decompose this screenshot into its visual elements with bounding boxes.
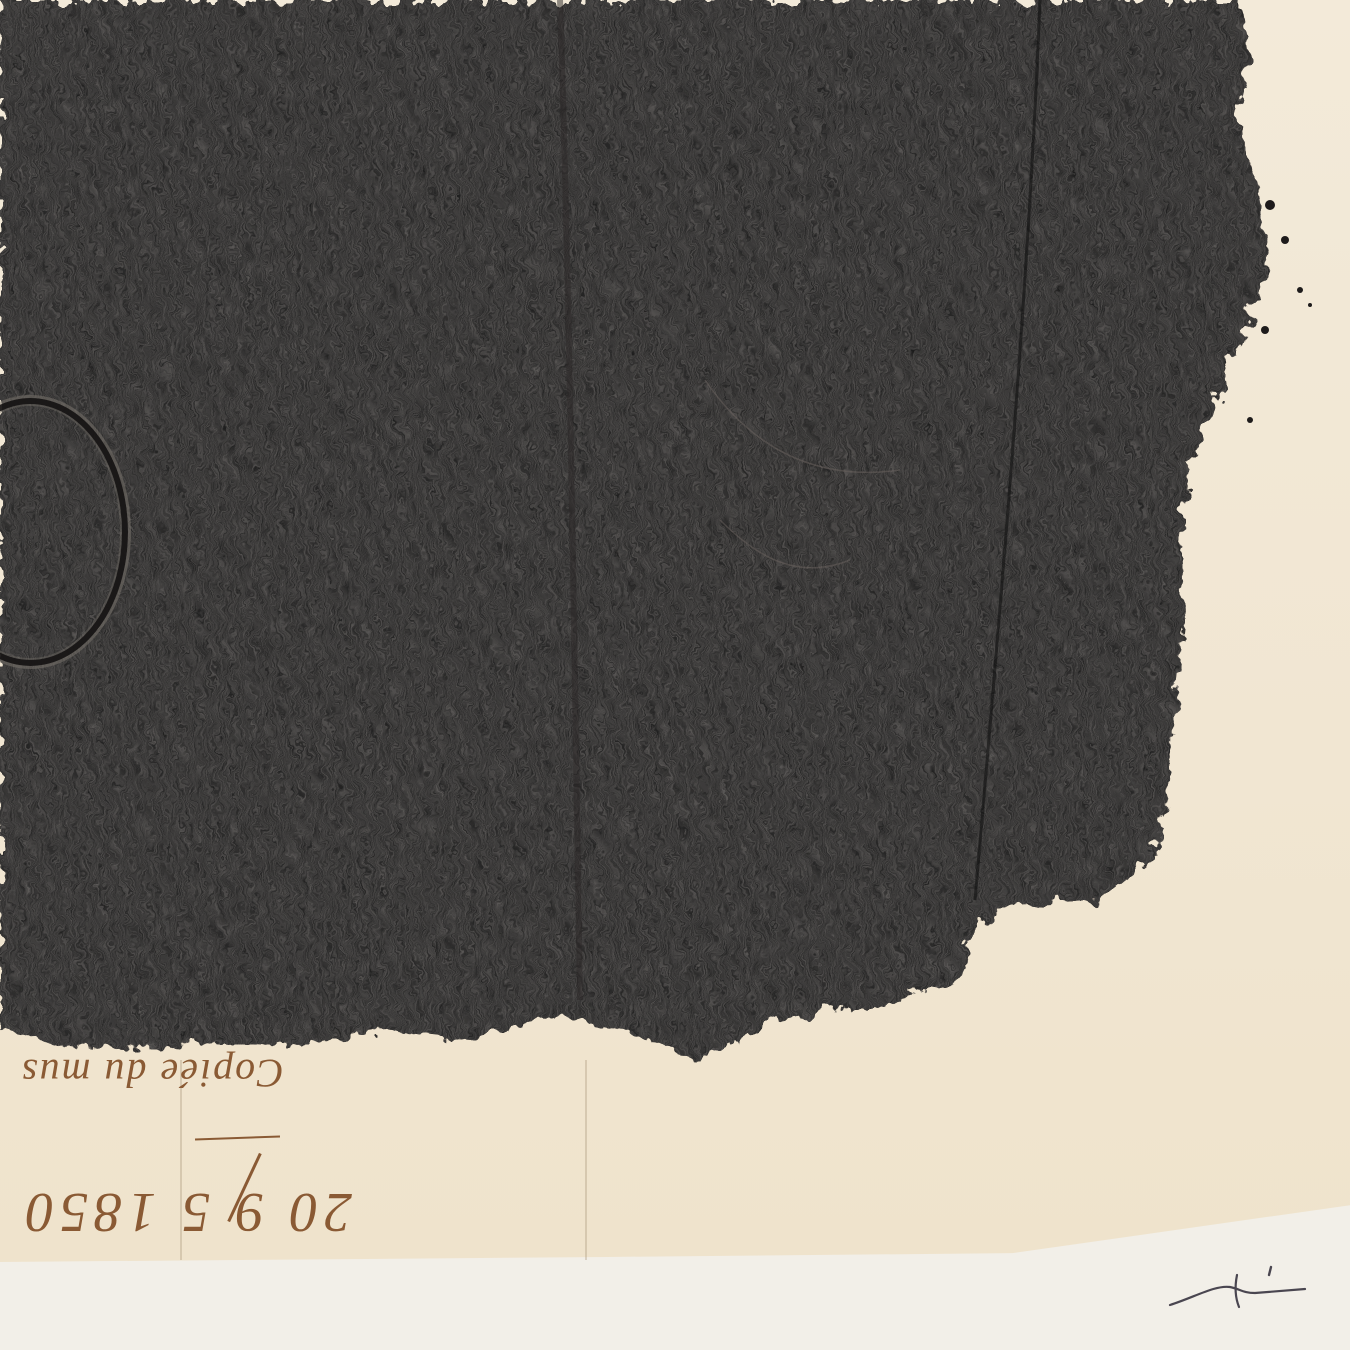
handwriting-date: 20 9 5 1850 [20, 1180, 352, 1244]
artist-signature: í [1165, 1265, 1315, 1325]
signature-mark-icon [1165, 1265, 1315, 1325]
handwriting-line-1: Copiée du mus [20, 1050, 284, 1097]
black-ink-rubbing [0, 0, 1350, 1100]
